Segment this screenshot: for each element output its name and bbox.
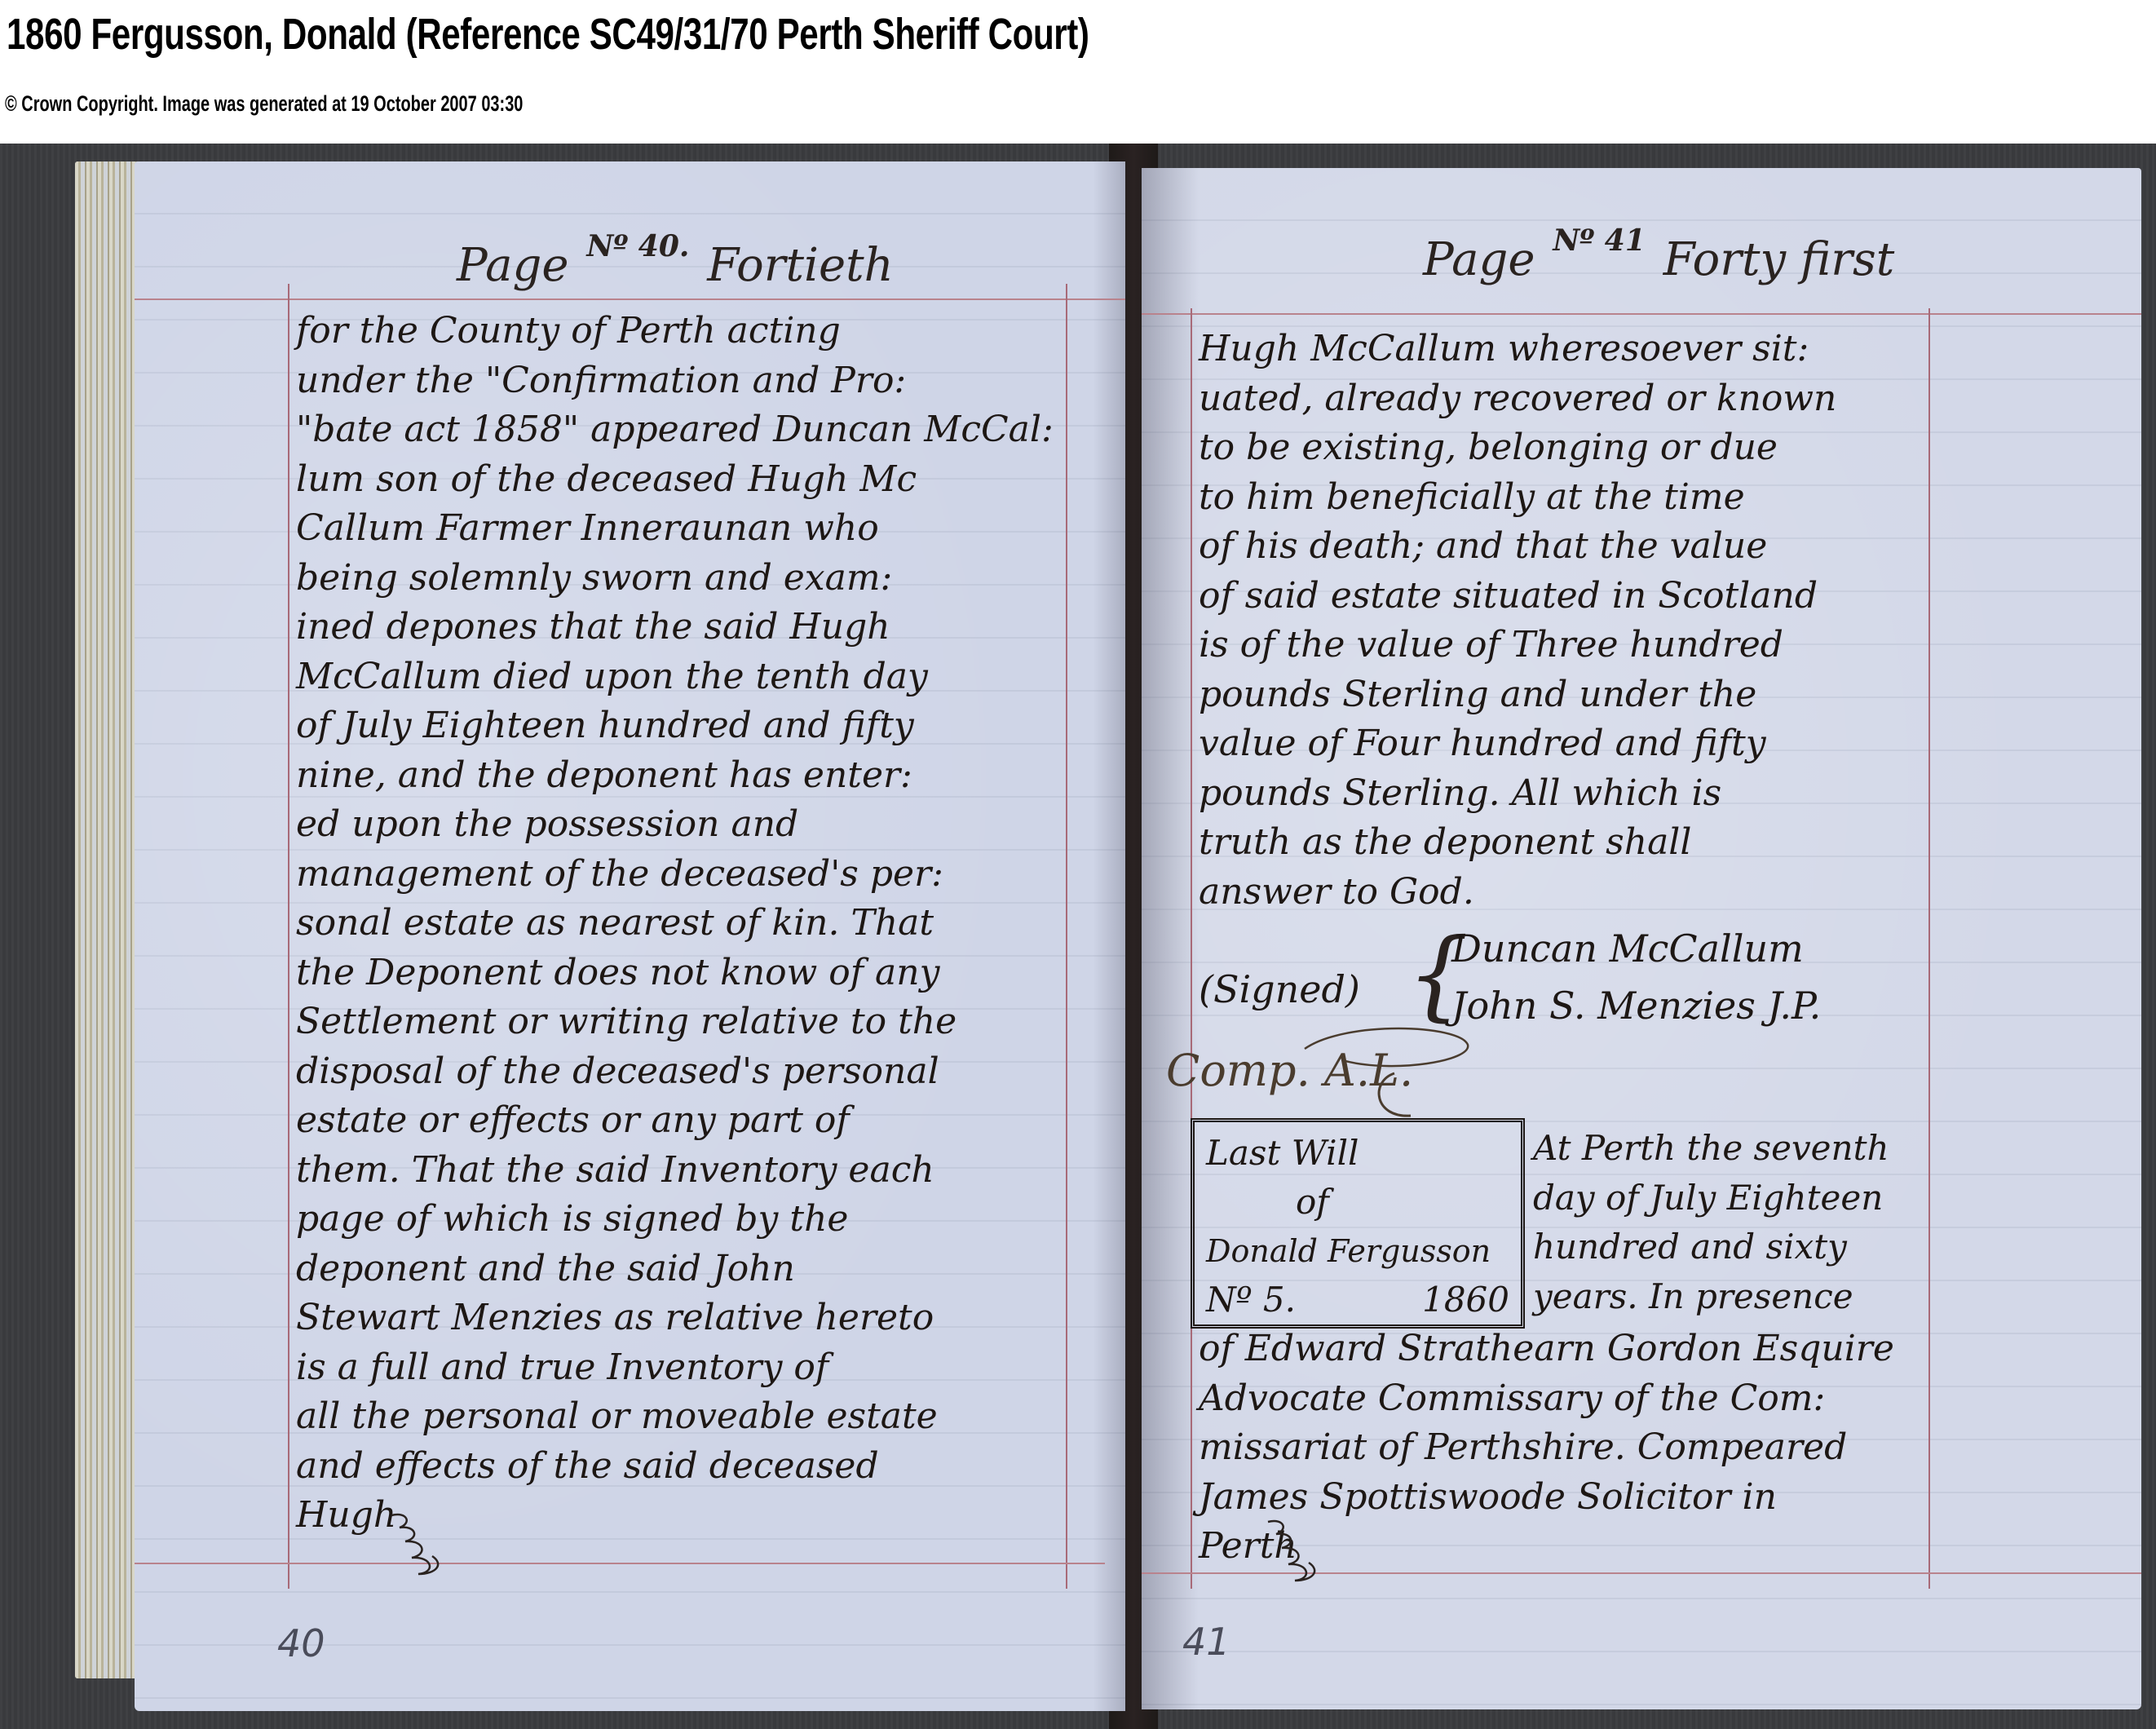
will-box-line: of	[1206, 1178, 1509, 1227]
text-line: pounds Sterling. All which is	[1199, 769, 1836, 819]
text-line: of July Eighteen hundred and fifty	[296, 701, 1054, 751]
annotation-flourish-icon	[1297, 1024, 1476, 1122]
text-line: sonal estate as nearest of kin. That	[296, 899, 1054, 949]
text-line: Settlement or writing relative to the	[296, 997, 1054, 1047]
text-line: Advocate Commissary of the Com:	[1199, 1374, 1894, 1424]
text-line: to be existing, belonging or due	[1199, 423, 1836, 473]
beside-box-text: At Perth the seventh day of July Eightee…	[1533, 1124, 1889, 1321]
text-line: under the "Confirmation and Pro:	[296, 356, 1054, 406]
right-margin-rule	[1066, 284, 1067, 1589]
text-line: them. That the said Inventory each	[296, 1146, 1054, 1196]
signatory-name: John S. Menzies J.P.	[1451, 984, 1821, 1028]
text-line: uated, already recovered or known	[1199, 374, 1836, 424]
text-line: "bate act 1858" appeared Duncan McCal:	[296, 405, 1054, 455]
heading-word: Page	[1423, 233, 1535, 286]
text-line: years. In presence	[1533, 1272, 1889, 1322]
folio-number: 40	[277, 1621, 325, 1665]
text-line: Hugh McCallum wheresoever sit:	[1199, 325, 1836, 374]
text-line: answer to God.	[1199, 868, 1836, 918]
text-line: is of the value of Three hundred	[1199, 621, 1836, 670]
text-line: disposal of the deceased's personal	[296, 1047, 1054, 1097]
scanned-register-image: Page Nº 40. Fortieth for the County of P…	[0, 144, 2156, 1729]
will-box-testator: Donald Fergusson	[1206, 1227, 1509, 1276]
right-page: Page Nº 41 Forty first Hugh McCallum whe…	[1142, 168, 2141, 1709]
spine-shadow	[1093, 161, 1125, 1711]
heading-ordinal: Fortieth	[707, 239, 893, 292]
will-box-line: Last Will	[1206, 1129, 1509, 1178]
bottom-margin-rule	[135, 1563, 1105, 1564]
text-line: management of the deceased's per:	[296, 850, 1054, 900]
text-line: ed upon the possession and	[296, 800, 1054, 850]
folio-number: 41	[1182, 1620, 1230, 1664]
text-line: value of Four hundred and fifty	[1199, 719, 1836, 769]
text-line: is a full and true Inventory of	[296, 1343, 1054, 1393]
text-line: missariat of Perthshire. Compeared	[1199, 1423, 1894, 1473]
text-line: Callum Farmer Inneraunan who	[296, 504, 1054, 554]
text-line: page of which is signed by the	[296, 1195, 1054, 1245]
right-page-text: Hugh McCallum wheresoever sit: uated, al…	[1199, 325, 1836, 917]
right-page-heading: Page Nº 41 Forty first	[1423, 233, 1894, 286]
text-line: day of July Eighteen	[1533, 1174, 1889, 1223]
text-line: pounds Sterling and under the	[1199, 670, 1836, 720]
copyright-notice: © Crown Copyright. Image was generated a…	[5, 90, 523, 117]
text-line: being solemnly sworn and exam:	[296, 554, 1054, 604]
document-title: 1860 Fergusson, Donald (Reference SC49/3…	[7, 7, 1089, 62]
line-end-flourish-icon	[387, 1507, 461, 1581]
left-page: Page Nº 40. Fortieth for the County of P…	[135, 161, 1125, 1711]
left-margin-rule	[288, 284, 289, 1589]
text-line: of said estate situated in Scotland	[1199, 572, 1836, 621]
text-line: estate or effects or any part of	[296, 1096, 1054, 1146]
signatory-name: Duncan McCallum	[1451, 926, 1804, 971]
text-line: and effects of the said deceased	[296, 1442, 1054, 1492]
left-page-heading: Page Nº 40. Fortieth	[457, 239, 894, 292]
page-header: 1860 Fergusson, Donald (Reference SC49/3…	[0, 0, 2156, 144]
text-line: ined depones that the said Hugh	[296, 603, 1054, 652]
text-line: At Perth the seventh	[1533, 1124, 1889, 1174]
right-margin-rule	[1928, 308, 1930, 1589]
will-box-footer: Nº 5. 1860	[1206, 1276, 1509, 1324]
will-year: 1860	[1422, 1276, 1509, 1324]
left-page-text: for the County of Perth acting under the…	[296, 307, 1054, 1541]
will-title-box: Last Will of Donald Fergusson Nº 5. 1860	[1191, 1118, 1525, 1329]
text-line: deponent and the said John	[296, 1245, 1054, 1294]
text-line: nine, and the deponent has enter:	[296, 751, 1054, 801]
signed-label: (Signed)	[1199, 967, 1360, 1011]
page-edges-stack	[75, 161, 140, 1678]
heading-word: Page	[457, 239, 569, 292]
top-margin-rule	[135, 298, 1125, 300]
text-line: Stewart Menzies as relative hereto	[296, 1293, 1054, 1343]
text-line: the Deponent does not know of any	[296, 949, 1054, 998]
text-line: lum son of the deceased Hugh Mc	[296, 455, 1054, 505]
line-end-flourish-icon	[1264, 1514, 1337, 1587]
text-line: McCallum died upon the tenth day	[296, 652, 1054, 702]
text-line: of his death; and that the value	[1199, 522, 1836, 572]
text-line: truth as the deponent shall	[1199, 818, 1836, 868]
page-number-annotation: Nº 41	[1553, 223, 1646, 258]
text-line: hundred and sixty	[1533, 1223, 1889, 1272]
text-line: for the County of Perth acting	[296, 307, 1054, 356]
top-margin-rule	[1142, 313, 2141, 315]
text-line: to him beneficially at the time	[1199, 473, 1836, 523]
heading-ordinal: Forty first	[1663, 233, 1895, 286]
text-line: all the personal or moveable estate	[296, 1392, 1054, 1442]
page-number-annotation: Nº 40.	[586, 229, 689, 263]
will-number: Nº 5.	[1206, 1276, 1296, 1324]
text-line: of Edward Strathearn Gordon Esquire	[1199, 1324, 1894, 1374]
